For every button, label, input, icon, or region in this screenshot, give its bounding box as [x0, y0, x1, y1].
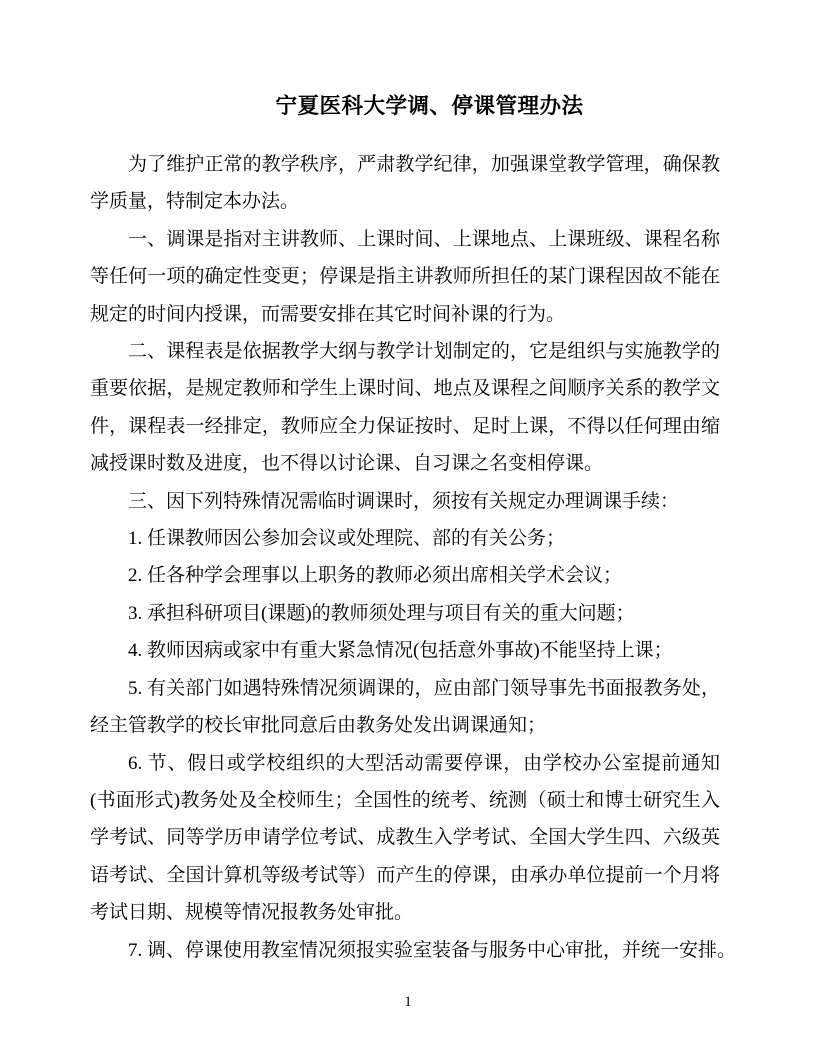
paragraph-section-3: 三、因下列特殊情况需临时调课时，须按有关规定办理调课手续： — [90, 483, 720, 520]
list-item-6: 6. 节、假日或学校组织的大型活动需要停课，由学校办公室提前通知(书面形式)教务… — [90, 745, 720, 932]
page-number: 1 — [0, 994, 816, 1010]
list-item-2: 2. 任各种学会理事以上职务的教师必须出席相关学术会议； — [90, 557, 720, 594]
paragraph-section-1: 一、调课是指对主讲教师、上课时间、上课地点、上课班级、课程名称等任何一项的确定性… — [90, 221, 720, 333]
list-item-5: 5. 有关部门如遇特殊情况须调课的，应由部门领导事先书面报教务处，经主管教学的校… — [90, 670, 720, 745]
paragraph-section-2: 二、课程表是依据教学大纲与教学计划制定的，它是组织与实施教学的重要依据，是规定教… — [90, 333, 720, 483]
document-page: 宁夏医科大学调、停课管理办法 为了维护正常的教学秩序，严肃教学纪律，加强课堂教学… — [0, 0, 816, 1056]
list-item-7: 7. 调、停课使用教室情况须报实验室装备与服务中心审批，并统一安排。 — [90, 932, 720, 969]
paragraph-intro: 为了维护正常的教学秩序，严肃教学纪律，加强课堂教学管理，确保教学质量，特制定本办… — [90, 146, 720, 221]
list-item-4: 4. 教师因病或家中有重大紧急情况(包括意外事故)不能坚持上课； — [90, 632, 720, 669]
list-item-3: 3. 承担科研项目(课题)的教师须处理与项目有关的重大问题； — [90, 595, 720, 632]
list-item-1: 1. 任课教师因公参加会议或处理院、部的有关公务； — [90, 520, 720, 557]
document-title: 宁夏医科大学调、停课管理办法 — [0, 91, 816, 121]
document-body: 为了维护正常的教学秩序，严肃教学纪律，加强课堂教学管理，确保教学质量，特制定本办… — [90, 146, 720, 969]
